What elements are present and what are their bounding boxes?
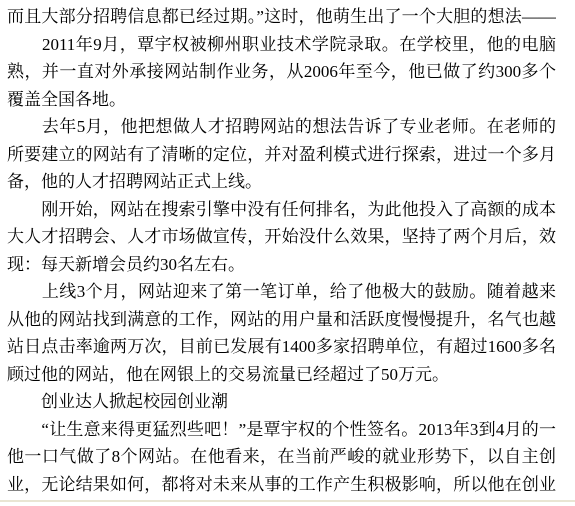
paragraph-body: 刚开始，网站在搜索引擎中没有任何排名，为此他投入了高额的成本雇佣同学到各大人才招… — [7, 196, 556, 279]
article-page: 而且大部分招聘信息都已经过期。”这时，他萌生出了一个大胆的想法——做人才网。 2… — [0, 0, 575, 498]
text-line: 而且大部分招聘信息都已经过期。”这时，他萌生出了一个大胆的想法——做人才网。 — [7, 3, 556, 31]
subheading-line: 创业达人掀起校园创业潮 — [7, 388, 556, 416]
text-line: 从他的网站找到满意的工作，网站的用户量和活跃度慢慢提升，名气也越来越大，网 — [7, 306, 556, 334]
text-line: 熟，并一直对外承接网站制作业务，从2006年至今，他已做了约300多个网站，客户 — [7, 58, 556, 86]
paragraph-body: 2011年9月，覃宇权被柳州职业技术学院录取。在学校里，他的电脑技术日臻成熟，并… — [7, 31, 556, 114]
text-line: 大人才招聘会、人才市场做宣传，开始没什么效果，坚持了两个月后，效果开始显 — [7, 223, 556, 251]
text-line: 上线3个月，网站迎来了第一笔订单，给了他极大的鼓励。随着越来越多的求职者 — [7, 278, 556, 306]
text-line: 刚开始，网站在搜索引擎中没有任何排名，为此他投入了高额的成本雇佣同学到各 — [7, 196, 556, 224]
text-line: 站日点击率逾两万次，目前已发展有1400多家招聘单位，有超过1600多名求职者光 — [7, 333, 556, 361]
text-line: 现：每天新增会员约30名左右。 — [7, 251, 556, 279]
text-line: 备，他的人才招聘网站正式上线。 — [7, 168, 556, 196]
paragraph-subheading: 创业达人掀起校园创业潮 — [7, 388, 556, 416]
text-line: 2011年9月，覃宇权被柳州职业技术学院录取。在学校里，他的电脑技术日臻成 — [7, 31, 556, 59]
bottom-divider — [0, 500, 575, 502]
text-line: 所要建立的网站有了清晰的定位，并对盈利模式进行探索，进过一个多月的调研筹 — [7, 141, 556, 169]
document-body: 而且大部分招聘信息都已经过期。”这时，他萌生出了一个大胆的想法——做人才网。 2… — [7, 3, 556, 498]
paragraph-body: 上线3个月，网站迎来了第一笔订单，给了他极大的鼓励。随着越来越多的求职者从他的网… — [7, 278, 556, 388]
paragraph-continuation: 而且大部分招聘信息都已经过期。”这时，他萌生出了一个大胆的想法——做人才网。 — [7, 3, 556, 31]
text-line: 他一口气做了8个网站。在他看来，在当前严峻的就业形势下，以自主创业的方式就 — [7, 443, 556, 471]
text-line: 去年5月，他把想做人才招聘网站的想法告诉了专业老师。在老师的帮助下，他对 — [7, 113, 556, 141]
paragraph-body: 去年5月，他把想做人才招聘网站的想法告诉了专业老师。在老师的帮助下，他对所要建立… — [7, 113, 556, 196]
text-line: 业，无论结果如何，都将对未来从事的工作产生积极影响，所以他在创业过程也常常 — [7, 471, 556, 499]
paragraph-body: “让生意来得更猛烈些吧！”是覃宇权的个性签名。2013年3到4月的一个月时间，他… — [7, 416, 556, 499]
text-line: 覆盖全国各地。 — [7, 86, 556, 114]
text-line: “让生意来得更猛烈些吧！”是覃宇权的个性签名。2013年3到4月的一个月时间， — [7, 416, 556, 444]
text-line: 顾过他的网站，他在网银上的交易流量已经超过了50万元。 — [7, 361, 556, 389]
